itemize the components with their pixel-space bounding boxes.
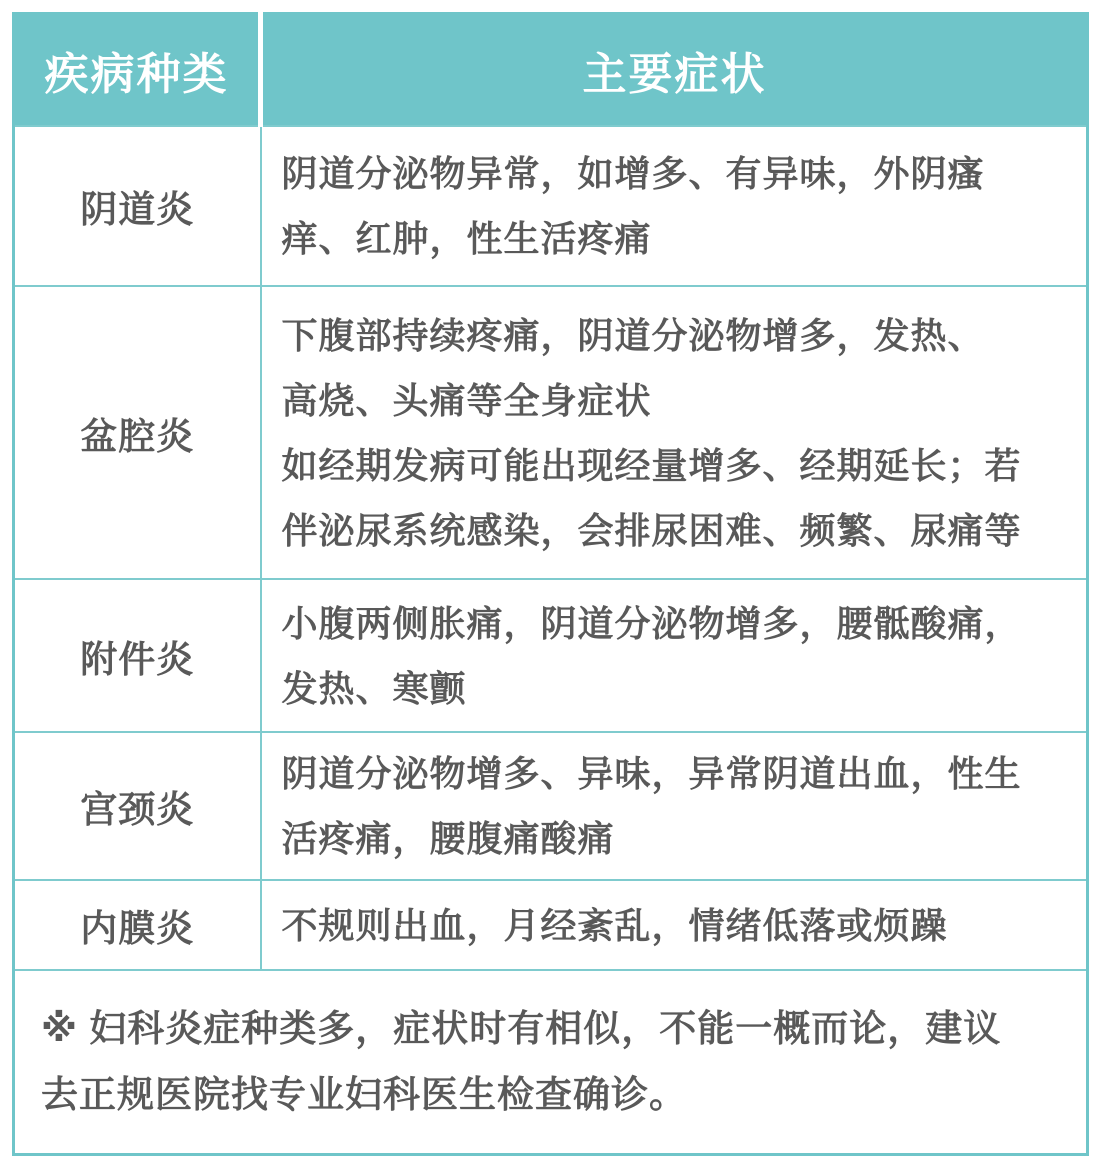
symptoms-cell: 小腹两侧胀痛，阴道分泌物增多，腰骶酸痛， 发热、寒颤 [261,579,1088,732]
header-cell-symptoms: 主要症状 [261,14,1088,127]
disease-name-cell: 阴道炎 [14,126,261,286]
table-row-pelvic-inflammation: 盆腔炎 下腹部持续疼痛，阴道分泌物增多，发热、 高烧、头痛等全身症状 如经期发病… [14,286,1088,579]
footnote-cell: ※ 妇科炎症种类多，症状时有相似，不能一概而论，建议 去正规医院找专业妇科医生检… [14,970,1088,1154]
disease-name-cell: 盆腔炎 [14,286,261,579]
table-row-adnexitis: 附件炎 小腹两侧胀痛，阴道分泌物增多，腰骶酸痛， 发热、寒颤 [14,579,1088,732]
table-row-vaginitis: 阴道炎 阴道分泌物异常，如增多、有异味，外阴瘙 痒、红肿，性生活疼痛 [14,126,1088,286]
table-row-endometritis: 内膜炎 不规则出血，月经紊乱，情绪低落或烦躁 [14,880,1088,970]
disease-symptoms-table: 疾病种类 主要症状 阴道炎 阴道分泌物异常，如增多、有异味，外阴瘙 痒、红肿，性… [12,12,1089,1156]
header-cell-disease-type: 疾病种类 [14,14,261,127]
disease-name-cell: 宫颈炎 [14,732,261,880]
header-row: 疾病种类 主要症状 [14,14,1088,127]
symptoms-cell: 下腹部持续疼痛，阴道分泌物增多，发热、 高烧、头痛等全身症状 如经期发病可能出现… [261,286,1088,579]
symptoms-cell: 阴道分泌物异常，如增多、有异味，外阴瘙 痒、红肿，性生活疼痛 [261,126,1088,286]
table-row-cervicitis: 宫颈炎 阴道分泌物增多、异味，异常阴道出血，性生 活疼痛，腰腹痛酸痛 [14,732,1088,880]
disease-name-cell: 内膜炎 [14,880,261,970]
symptoms-cell: 不规则出血，月经紊乱，情绪低落或烦躁 [261,880,1088,970]
disease-name-cell: 附件炎 [14,579,261,732]
footnote-row: ※ 妇科炎症种类多，症状时有相似，不能一概而论，建议 去正规医院找专业妇科医生检… [14,970,1088,1154]
symptoms-cell: 阴道分泌物增多、异味，异常阴道出血，性生 活疼痛，腰腹痛酸痛 [261,732,1088,880]
infographic-page: 疾病种类 主要症状 阴道炎 阴道分泌物异常，如增多、有异味，外阴瘙 痒、红肿，性… [0,0,1101,1172]
